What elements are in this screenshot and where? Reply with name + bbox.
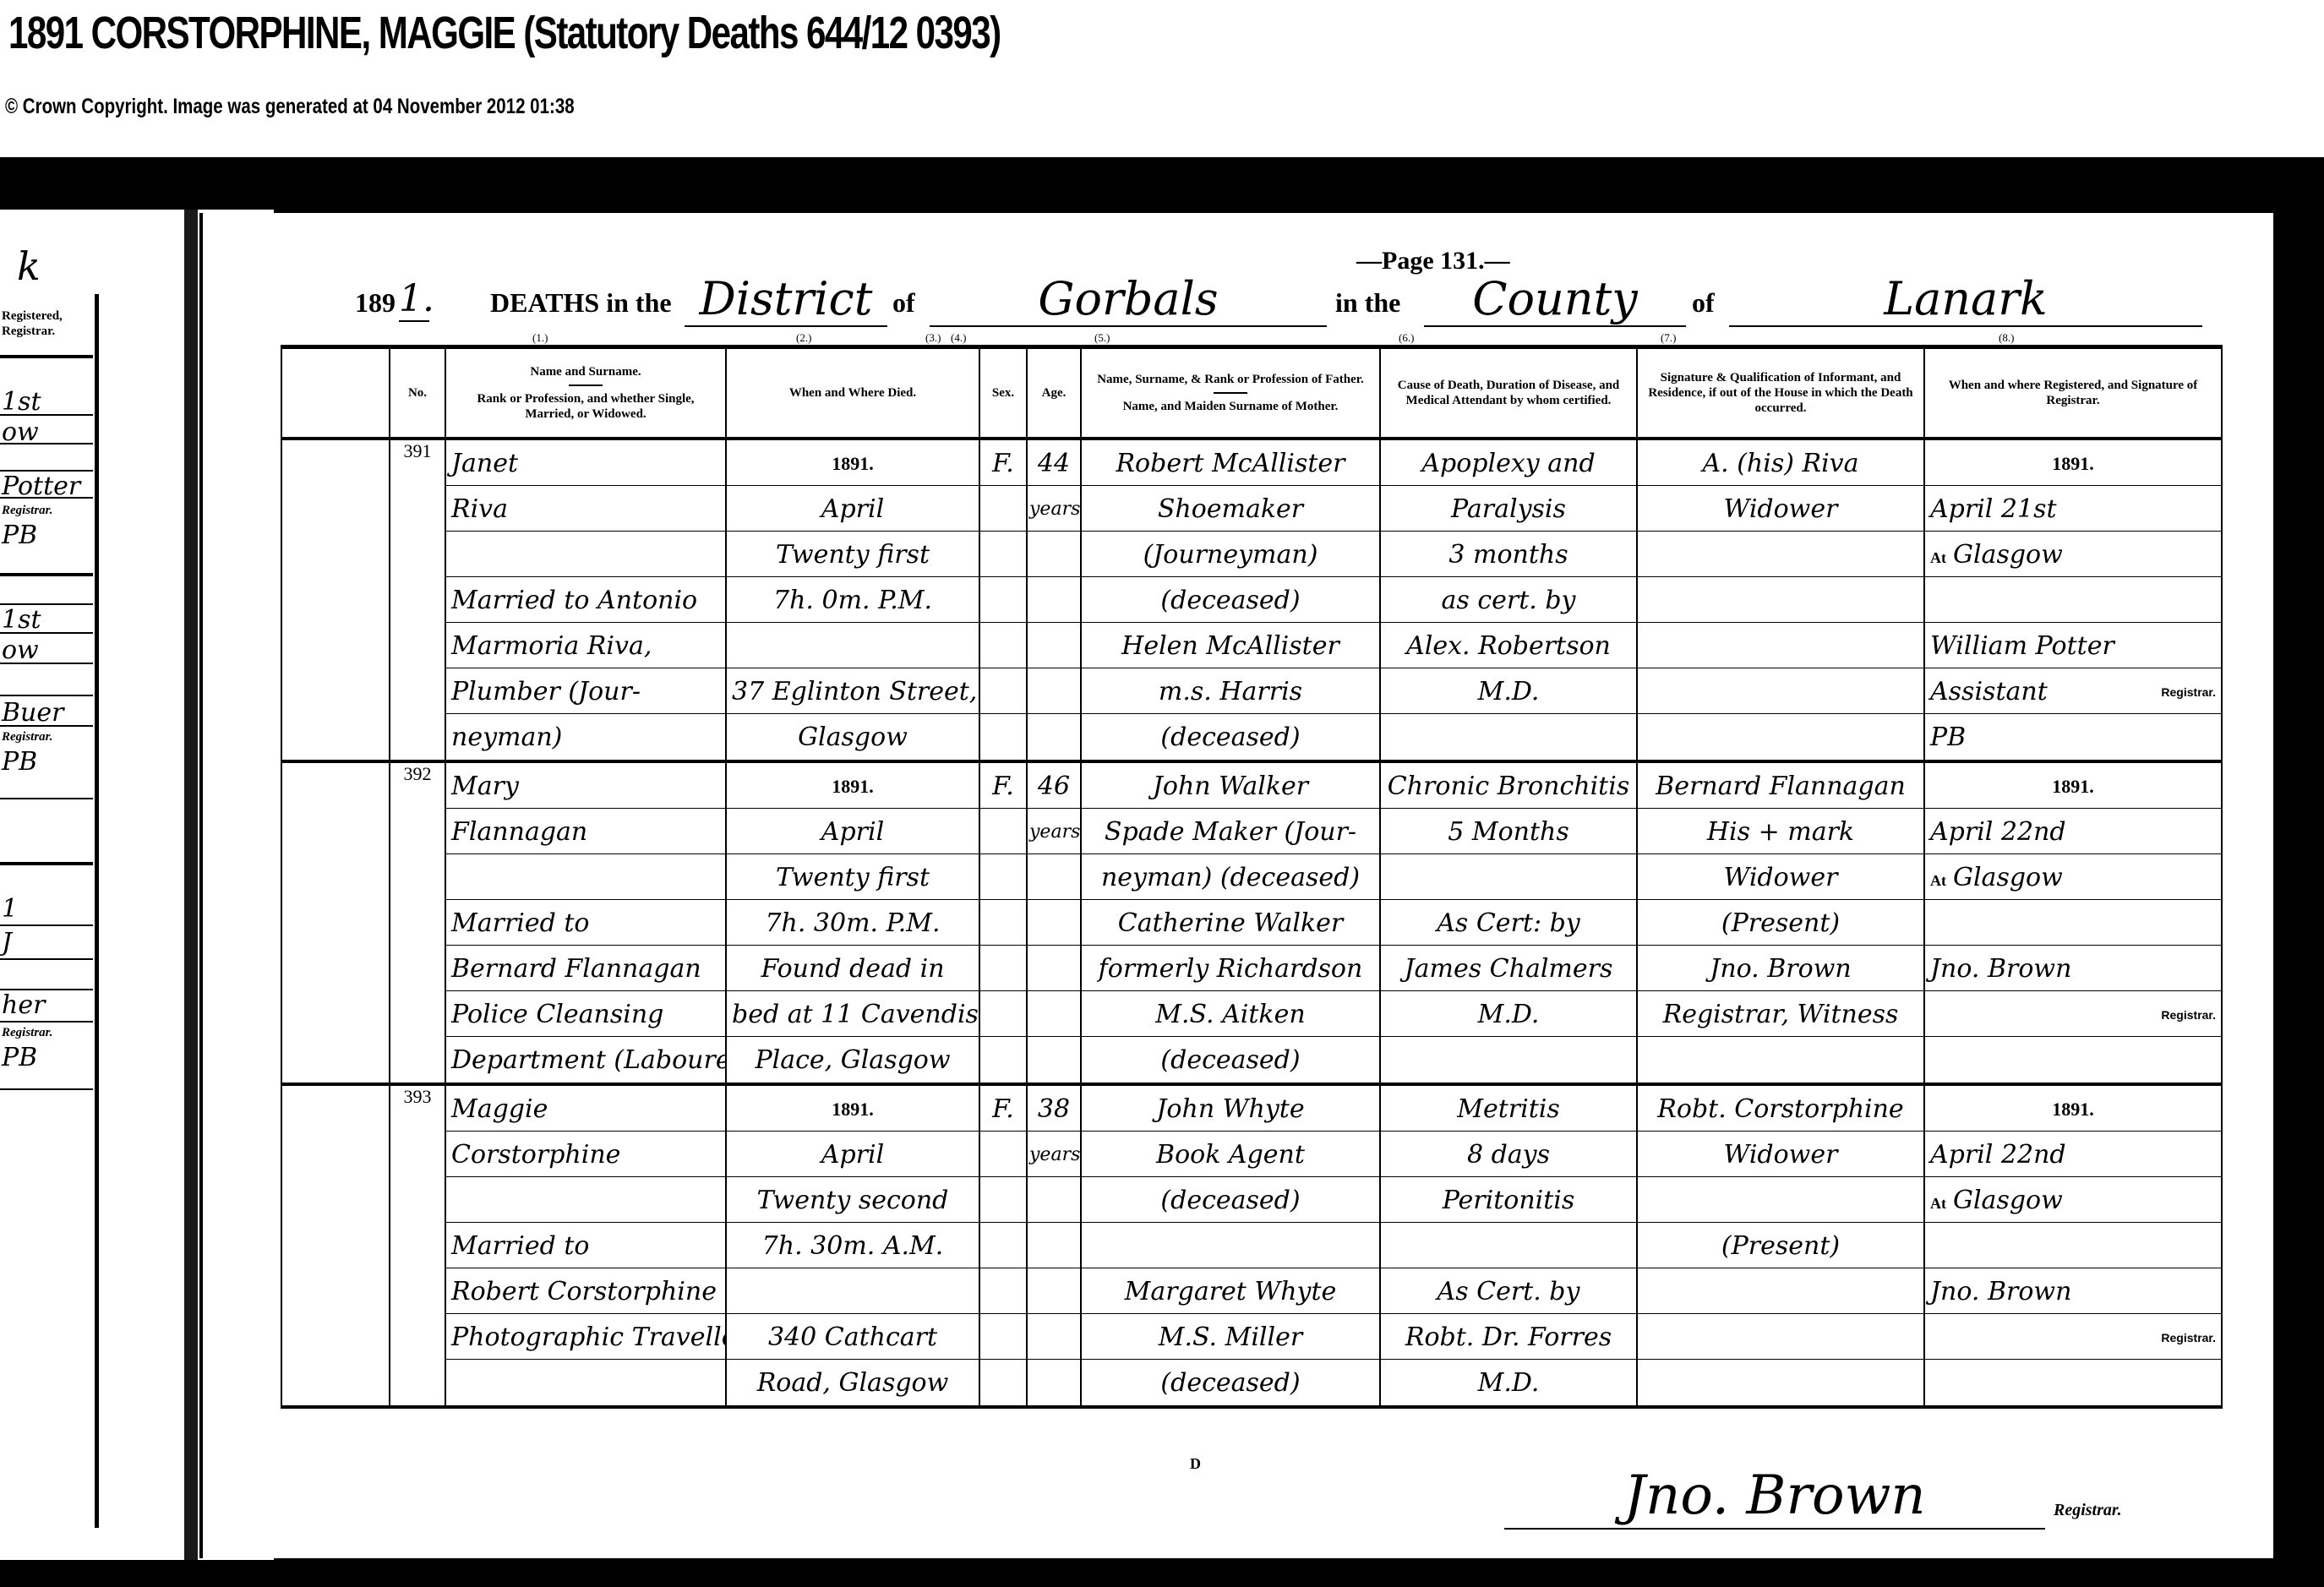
age-line	[1028, 991, 1080, 1037]
name-cell-line: Married to Antonio	[446, 577, 725, 623]
sex-line	[980, 991, 1026, 1037]
header-cause: Cause of Death, Duration of Disease, and…	[1380, 347, 1637, 439]
parents-cell: John WhyteBook Agent(deceased)Margaret W…	[1081, 1084, 1380, 1407]
informant-cell-line: (Present)	[1638, 900, 1923, 946]
left-page-fragment: PB	[2, 747, 37, 777]
registered-cell-line	[1925, 1360, 2221, 1405]
year-suffix: 1.	[399, 277, 429, 322]
registered-cell: 1891.April 22ndAtGlasgowJno. BrownRegist…	[1924, 1084, 2222, 1407]
when-where-cell-line: Road, Glasgow	[727, 1360, 979, 1405]
sex-line	[980, 623, 1026, 668]
left-page-fragment: Registrar.	[2, 504, 52, 518]
left-facing-page: k Registered, Registrar. 1st ow Potter R…	[0, 210, 184, 1560]
informant-cell: Robt. CorstorphineWidower(Present)	[1637, 1084, 1924, 1407]
age-cell: 44years	[1027, 439, 1081, 761]
age-line	[1028, 668, 1080, 714]
registered-cell-line: PB	[1925, 714, 2221, 760]
when-where-cell-line	[727, 1268, 979, 1314]
cause-cell-line	[1381, 714, 1636, 760]
age-line: 46	[1028, 763, 1080, 809]
header-sex: Sex.	[979, 347, 1027, 439]
when-where-cell-line: 7h. 30m. P.M.	[727, 900, 979, 946]
parents-cell-line: Margaret Whyte	[1082, 1268, 1379, 1314]
informant-cell-line	[1638, 1177, 1923, 1223]
name-cell: MaggieCorstorphineMarried toRobert Corst…	[445, 1084, 726, 1407]
table-row: 391JanetRivaMarried to AntonioMarmoria R…	[281, 439, 2222, 761]
register-page: —Page 131.— 189 1. DEATHS in the Distric…	[199, 213, 2273, 1558]
registered-cell-line: Jno. Brown	[1925, 1268, 2221, 1314]
age-cell: 46years	[1027, 761, 1081, 1084]
divider	[0, 695, 93, 696]
table-row: 392MaryFlannaganMarried toBernard Flanna…	[281, 761, 2222, 1084]
age-line	[1028, 623, 1080, 668]
when-where-cell-line: April	[727, 809, 979, 854]
cause-cell: Chronic Bronchitis5 MonthsAs Cert: byJam…	[1380, 761, 1637, 1084]
sex-line	[980, 714, 1026, 760]
sex-line	[980, 486, 1026, 532]
entry-number: 393	[390, 1084, 445, 1407]
divider	[0, 497, 93, 499]
registered-cell-line: 1891.	[1925, 763, 2221, 809]
age-line	[1028, 1223, 1080, 1268]
death-register-table: No. Name and Surname. Rank or Profession…	[281, 345, 2223, 1409]
when-where-cell-line: April	[727, 1132, 979, 1177]
county-name: Lanark	[1729, 272, 2202, 327]
informant-cell-line: Bernard Flannagan	[1638, 763, 1923, 809]
cause-cell-line: Alex. Robertson	[1381, 623, 1636, 668]
parents-cell-line: (deceased)	[1082, 1037, 1379, 1083]
header-margin	[281, 347, 390, 439]
registered-cell-line: 1891.	[1925, 1086, 2221, 1132]
age-line	[1028, 714, 1080, 760]
divider	[0, 573, 93, 576]
sex-line: F.	[980, 440, 1026, 486]
sex-line	[980, 946, 1026, 991]
registered-cell-line: AssistantRegistrar.	[1925, 668, 2221, 714]
age-line	[1028, 1360, 1080, 1405]
column-number: (8.)	[1999, 331, 2014, 345]
age-line: years	[1028, 486, 1080, 532]
registered-cell-text: Glasgow	[1953, 540, 2063, 570]
age-line	[1028, 1177, 1080, 1223]
parents-cell: John WalkerSpade Maker (Jour-neyman) (de…	[1081, 761, 1380, 1084]
parents-cell-line: Helen McAllister	[1082, 623, 1379, 668]
registered-cell-line	[1925, 577, 2221, 623]
header-name: Name and Surname. Rank or Profession, an…	[445, 347, 726, 439]
sex-line	[980, 1268, 1026, 1314]
age-cell: 38years	[1027, 1084, 1081, 1407]
entry-number: 392	[390, 761, 445, 1084]
left-page-header-2: Registrar.	[2, 324, 55, 339]
parents-cell-line: M.S. Miller	[1082, 1314, 1379, 1360]
registered-cell-line	[1925, 1037, 2221, 1083]
divider	[0, 924, 93, 926]
cause-cell-line: As Cert. by	[1381, 1268, 1636, 1314]
divider	[0, 1021, 93, 1023]
name-cell-line: Marmoria Riva,	[446, 623, 725, 668]
informant-cell-line: Registrar, Witness	[1638, 991, 1923, 1037]
at-label: At	[1930, 872, 1946, 889]
header-age: Age.	[1027, 347, 1081, 439]
registered-cell: 1891.April 21stAtGlasgowWilliam PotterAs…	[1924, 439, 2222, 761]
left-page-fragment: 1st	[2, 605, 41, 635]
header-mother: Name, and Maiden Surname of Mother.	[1123, 400, 1339, 413]
when-where-cell-line: 340 Cathcart	[727, 1314, 979, 1360]
informant-cell: Bernard FlannaganHis + markWidower(Prese…	[1637, 761, 1924, 1084]
parents-cell-line: Book Agent	[1082, 1132, 1379, 1177]
registered-cell-line: Registrar.	[1925, 1314, 2221, 1360]
when-where-cell: 1891.AprilTwenty second7h. 30m. A.M.340 …	[726, 1084, 979, 1407]
column-number: (3.)	[925, 331, 941, 345]
informant-cell-line: Widower	[1638, 1132, 1923, 1177]
cause-cell-line: Paralysis	[1381, 486, 1636, 532]
when-where-cell-line: bed at 11 Cavendish	[727, 991, 979, 1037]
left-page-fragment: Registrar.	[2, 730, 52, 744]
deaths-label: DEATHS in the	[490, 287, 672, 319]
column-number: (6.)	[1399, 331, 1414, 345]
name-cell-line: Married to	[446, 1223, 725, 1268]
informant-cell-line	[1638, 577, 1923, 623]
divider	[0, 443, 93, 444]
when-where-cell-line: Twenty first	[727, 532, 979, 577]
informant-cell-line	[1638, 1360, 1923, 1405]
name-cell: JanetRivaMarried to AntonioMarmoria Riva…	[445, 439, 726, 761]
name-cell-line	[446, 854, 725, 900]
header-father: Name, Surname, & Rank or Profession of F…	[1097, 373, 1364, 386]
sex-line	[980, 668, 1026, 714]
cause-cell: Metritis8 daysPeritonitisAs Cert. byRobt…	[1380, 1084, 1637, 1407]
register-heading: 189 1. DEATHS in the District of Gorbals…	[355, 287, 2248, 338]
age-line	[1028, 900, 1080, 946]
left-page-fragment: J	[2, 928, 12, 957]
page-mark: D	[1190, 1455, 1201, 1473]
divider	[1214, 392, 1247, 394]
divider	[0, 663, 93, 664]
parents-cell-line: (Journeyman)	[1082, 532, 1379, 577]
sex-line	[980, 1314, 1026, 1360]
parents-cell-line: (deceased)	[1082, 1177, 1379, 1223]
parents-cell-line: m.s. Harris	[1082, 668, 1379, 714]
divider	[0, 798, 93, 799]
left-page-fragment-top: k	[17, 243, 41, 289]
registered-cell-line: AtGlasgow	[1925, 532, 2221, 577]
registrar-label: Registrar.	[2161, 991, 2216, 1037]
when-where-cell-line: 37 Eglinton Street,	[727, 668, 979, 714]
header-informant: Signature & Qualification of Informant, …	[1637, 347, 1924, 439]
parents-cell-line: (deceased)	[1082, 714, 1379, 760]
sex-cell: F.	[979, 1084, 1027, 1407]
cause-cell-line: M.D.	[1381, 1360, 1636, 1405]
cause-cell-line: M.D.	[1381, 991, 1636, 1037]
cause-cell-line	[1381, 854, 1636, 900]
book-spine	[184, 210, 198, 1560]
left-page-fragment: Registrar.	[2, 1026, 52, 1040]
registrar-signature: Jno. Brown	[1504, 1464, 2045, 1530]
when-where-cell-line: 7h. 0m. P.M.	[727, 577, 979, 623]
informant-cell-line: Widower	[1638, 854, 1923, 900]
name-cell: MaryFlannaganMarried toBernard Flannagan…	[445, 761, 726, 1084]
name-cell-line: Corstorphine	[446, 1132, 725, 1177]
cause-cell-line: Robt. Dr. Forres	[1381, 1314, 1636, 1360]
informant-cell-line	[1638, 668, 1923, 714]
when-where-cell: 1891.AprilTwenty first7h. 30m. P.M.Found…	[726, 761, 979, 1084]
sex-line	[980, 900, 1026, 946]
parents-cell-line: Catherine Walker	[1082, 900, 1379, 946]
in-the-label: in the	[1335, 287, 1400, 319]
left-page-fragment: ow	[2, 635, 39, 665]
column-number: (5.)	[1094, 331, 1110, 345]
parents-cell: Robert McAllisterShoemaker(Journeyman)(d…	[1081, 439, 1380, 761]
cause-cell-line: Peritonitis	[1381, 1177, 1636, 1223]
age-line	[1028, 1268, 1080, 1314]
registered-cell-line	[1925, 900, 2221, 946]
informant-cell-line: (Present)	[1638, 1223, 1923, 1268]
name-cell-line: Department (Labourer)	[446, 1037, 725, 1083]
column-number: (7.)	[1661, 331, 1676, 345]
at-label: At	[1930, 549, 1946, 566]
parents-cell-line: Robert McAllister	[1082, 440, 1379, 486]
table-row: 393MaggieCorstorphineMarried toRobert Co…	[281, 1084, 2222, 1407]
left-page-fragment: PB	[2, 1043, 37, 1072]
when-where-cell: 1891.AprilTwenty first7h. 0m. P.M.37 Egl…	[726, 439, 979, 761]
at-label: At	[1930, 1195, 1946, 1212]
when-where-cell-line: Found dead in	[727, 946, 979, 991]
registered-cell-line: April 22nd	[1925, 1132, 2221, 1177]
district-name: Gorbals	[930, 272, 1327, 327]
name-cell-line	[446, 1177, 725, 1223]
age-line	[1028, 532, 1080, 577]
registered-cell-line: AtGlasgow	[1925, 1177, 2221, 1223]
column-number: (1.)	[532, 331, 548, 345]
registered-cell-line: AtGlasgow	[1925, 854, 2221, 900]
when-where-cell-line: Twenty second	[727, 1177, 979, 1223]
margin-cell	[281, 1084, 390, 1407]
cause-cell-line	[1381, 1037, 1636, 1083]
parents-cell-line: Shoemaker	[1082, 486, 1379, 532]
name-cell-line: Plumber (Jour-	[446, 668, 725, 714]
sex-cell: F.	[979, 761, 1027, 1084]
cause-cell-line: M.D.	[1381, 668, 1636, 714]
registered-cell-line: April 21st	[1925, 486, 2221, 532]
name-cell-line: Bernard Flannagan	[446, 946, 725, 991]
when-where-cell-line: April	[727, 486, 979, 532]
registered-cell-text: Glasgow	[1953, 1186, 2063, 1215]
when-where-cell-line: Glasgow	[727, 714, 979, 760]
parents-cell-line: neyman) (deceased)	[1082, 854, 1379, 900]
informant-cell-line	[1638, 1268, 1923, 1314]
sex-line	[980, 1223, 1026, 1268]
age-line	[1028, 577, 1080, 623]
divider	[0, 1088, 93, 1090]
margin-cell	[281, 761, 390, 1084]
when-where-cell-line: Place, Glasgow	[727, 1037, 979, 1083]
parents-cell-line: Spade Maker (Jour-	[1082, 809, 1379, 854]
parents-cell-line: (deceased)	[1082, 1360, 1379, 1405]
registrar-label: Registrar.	[2161, 1314, 2216, 1360]
record-title: 1891 CORSTORPHINE, MAGGIE (Statutory Dea…	[8, 7, 1001, 59]
informant-cell-line: Jno. Brown	[1638, 946, 1923, 991]
parents-cell-line: John Walker	[1082, 763, 1379, 809]
registered-cell-text: Assistant	[1930, 677, 2048, 706]
age-line: years	[1028, 1132, 1080, 1177]
sex-cell: F.	[979, 439, 1027, 761]
header-name-bottom: Rank or Profession, and whether Single, …	[477, 392, 694, 421]
cause-cell-line: as cert. by	[1381, 577, 1636, 623]
divider	[0, 355, 93, 358]
cause-cell-line	[1381, 1223, 1636, 1268]
when-where-cell-line: 1891.	[727, 1086, 979, 1132]
registered-cell-line: 1891.	[1925, 440, 2221, 486]
cause-cell-line: 3 months	[1381, 532, 1636, 577]
sex-line: F.	[980, 763, 1026, 809]
age-line	[1028, 1037, 1080, 1083]
informant-cell-line: Widower	[1638, 486, 1923, 532]
registered-cell-line: Jno. Brown	[1925, 946, 2221, 991]
cause-cell-line: James Chalmers	[1381, 946, 1636, 991]
sex-line	[980, 809, 1026, 854]
sex-line	[980, 1177, 1026, 1223]
left-page-fragment: 1	[2, 894, 18, 924]
table-header-row: No. Name and Surname. Rank or Profession…	[281, 347, 2222, 439]
sex-line	[980, 577, 1026, 623]
informant-cell-line	[1638, 532, 1923, 577]
divider	[0, 632, 93, 634]
sex-line	[980, 1037, 1026, 1083]
age-line: 38	[1028, 1086, 1080, 1132]
cause-cell-line: 8 days	[1381, 1132, 1636, 1177]
when-where-cell-line: Twenty first	[727, 854, 979, 900]
divider	[0, 958, 93, 960]
sex-line	[980, 854, 1026, 900]
header-registered: When and where Registered, and Signature…	[1924, 347, 2222, 439]
sex-line	[980, 1132, 1026, 1177]
divider	[0, 725, 93, 727]
of-label: of	[1692, 287, 1715, 319]
informant-cell-line: A. (his) Riva	[1638, 440, 1923, 486]
name-cell-line	[446, 1360, 725, 1405]
left-page-header-1: Registered,	[2, 309, 63, 324]
name-cell-line: Married to	[446, 900, 725, 946]
cause-cell-line: 5 Months	[1381, 809, 1636, 854]
entry-number: 391	[390, 439, 445, 761]
informant-cell-line	[1638, 1314, 1923, 1360]
name-cell-line: Mary	[446, 763, 725, 809]
parents-cell-line: formerly Richardson	[1082, 946, 1379, 991]
header-parents: Name, Surname, & Rank or Profession of F…	[1081, 347, 1380, 439]
margin-cell	[281, 439, 390, 761]
informant-cell-line	[1638, 714, 1923, 760]
name-cell-line: Photographic Traveller	[446, 1314, 725, 1360]
name-cell-line: Maggie	[446, 1086, 725, 1132]
left-page-fragment: Buer	[2, 698, 63, 728]
divider	[0, 862, 93, 865]
year-prefix: 189	[355, 287, 396, 319]
name-cell-line	[446, 532, 725, 577]
when-where-cell-line: 1891.	[727, 440, 979, 486]
name-cell-line: Janet	[446, 440, 725, 486]
name-cell-line: neyman)	[446, 714, 725, 760]
registered-cell-text: Glasgow	[1953, 863, 2063, 892]
left-page-fragment: her	[2, 990, 45, 1020]
divider	[569, 384, 603, 386]
age-line	[1028, 1314, 1080, 1360]
registered-cell-line: Registrar.	[1925, 991, 2221, 1037]
registered-cell-line	[1925, 1223, 2221, 1268]
parents-cell-line: (deceased)	[1082, 577, 1379, 623]
column-number: (4.)	[951, 331, 966, 345]
column-number: (2.)	[796, 331, 811, 345]
age-line: years	[1028, 809, 1080, 854]
registrar-label: Registrar.	[2161, 668, 2216, 714]
header-when-where: When and Where Died.	[726, 347, 979, 439]
when-where-cell-line: 1891.	[727, 763, 979, 809]
age-line	[1028, 854, 1080, 900]
name-cell-line: Flannagan	[446, 809, 725, 854]
cause-cell-line: Apoplexy and	[1381, 440, 1636, 486]
of-label: of	[892, 287, 915, 319]
parents-cell-line: M.S. Aitken	[1082, 991, 1379, 1037]
divider	[0, 414, 93, 416]
header-name-top: Name and Surname.	[530, 365, 641, 379]
informant-cell-line: Robt. Corstorphine	[1638, 1086, 1923, 1132]
registered-cell-line: William Potter	[1925, 623, 2221, 668]
cause-cell: Apoplexy andParalysis3 monthsas cert. by…	[1380, 439, 1637, 761]
informant-cell: A. (his) RivaWidower	[1637, 439, 1924, 761]
informant-cell-line	[1638, 1037, 1923, 1083]
cause-cell-line: Metritis	[1381, 1086, 1636, 1132]
age-line: 44	[1028, 440, 1080, 486]
sex-line	[980, 532, 1026, 577]
district-label: District	[685, 272, 887, 327]
parents-cell-line	[1082, 1223, 1379, 1268]
cause-cell-line: As Cert: by	[1381, 900, 1636, 946]
page-number: —Page 131.—	[1356, 247, 1510, 275]
county-label: County	[1424, 272, 1686, 327]
name-cell-line: Riva	[446, 486, 725, 532]
header-no: No.	[390, 347, 445, 439]
parents-cell-line: John Whyte	[1082, 1086, 1379, 1132]
left-page-fragment: PB	[2, 521, 37, 550]
registered-cell: 1891.April 22ndAtGlasgowJno. BrownRegist…	[1924, 761, 2222, 1084]
cause-cell-line: Chronic Bronchitis	[1381, 763, 1636, 809]
informant-cell-line: His + mark	[1638, 809, 1923, 854]
left-page-column: Registered, Registrar. 1st ow Potter Reg…	[0, 294, 99, 1528]
age-line	[1028, 946, 1080, 991]
name-cell-line: Robert Corstorphine	[446, 1268, 725, 1314]
when-where-cell-line	[727, 623, 979, 668]
informant-cell-line	[1638, 623, 1923, 668]
sex-line	[980, 1360, 1026, 1405]
registrar-label: Registrar.	[2054, 1501, 2122, 1520]
name-cell-line: Police Cleansing	[446, 991, 725, 1037]
left-page-fragment: 1st	[2, 387, 41, 417]
sex-line: F.	[980, 1086, 1026, 1132]
registered-cell-line: April 22nd	[1925, 809, 2221, 854]
copyright-notice: © Crown Copyright. Image was generated a…	[5, 95, 575, 119]
when-where-cell-line: 7h. 30m. A.M.	[727, 1223, 979, 1268]
